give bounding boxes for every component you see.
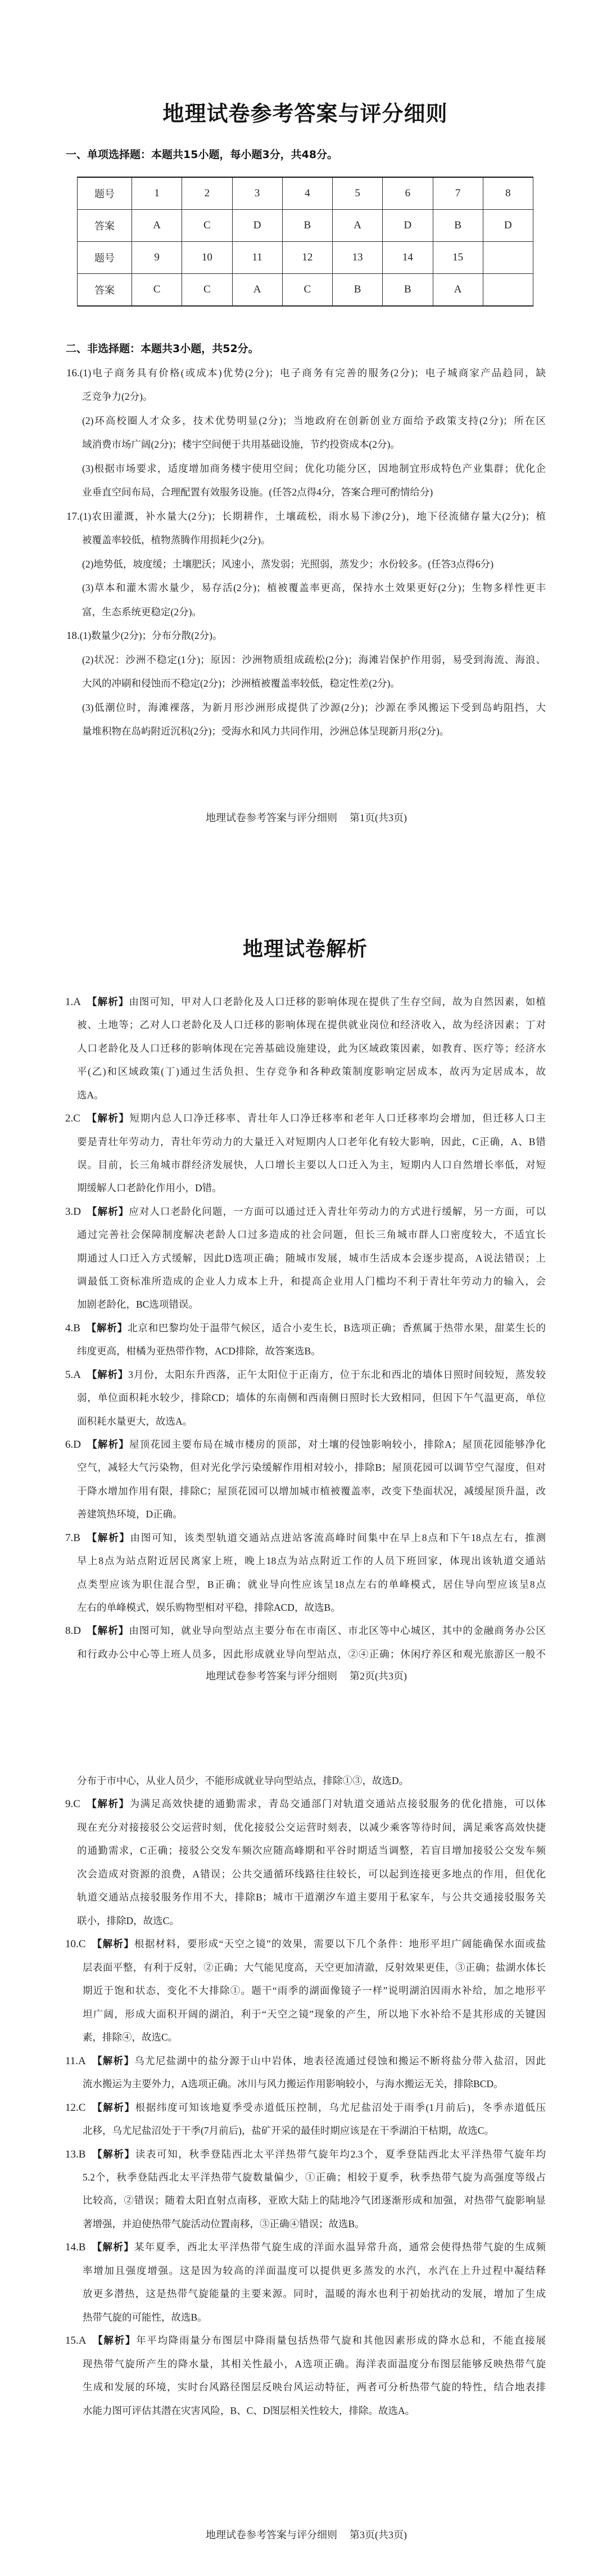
analysis-line: 1.A【解析】由图可知，甲对人口老龄化及人口迁移的影响体现在提供了生存空间，故为… [65,990,546,1014]
analysis-tag: 【解析】 [91,2149,135,2160]
analysis-tag: 【解析】 [91,1938,134,1949]
analysis-line: 加剧老龄化，BC选项错误。 [77,1293,546,1316]
analysis-tag: 【解析】 [86,1798,130,1809]
question-number-cell: 7 [433,177,483,210]
answer-text: 根据市场要求，适度增加商务楼宇使用空间；优化功能分区，因地制宜形成特色产业集群；… [93,463,546,474]
question-answer-label: 14.B [65,2241,85,2253]
analysis-list: 分布于市中心，从业人员少，不能形成就业导向型站点，排除①③，故选D。 9.C【解… [0,1769,607,2422]
answer-cell: B [282,210,332,242]
analysis-item-4: 4.B【解析】北京和巴黎均处于温带气候区，适合小麦生长，B选项正确；香蕉属于热带… [0,1317,607,1363]
analysis-line: 热带气旋的可能性，故选B。 [83,2306,546,2329]
analysis-line: 期近于饱和状态，变化不大排除①。题干“雨季的湖面像镜子一样”说明湖泊因雨水补给，… [83,1979,546,2002]
part-label: (2) [82,559,93,570]
answer-text: 电子商务具有价格(或成本)优势(2分)；电子商务有完善的服务(2分)；电子城商家… [91,367,546,379]
analysis-line: 善建筑热环境，D正确。 [77,1503,546,1526]
question-number: 17. [66,511,80,523]
part-label: (1) [80,367,91,379]
analysis-line: 10.C【解析】根据材料，要形成“天空之镜”的效果，需要以下几个条件：地形平坦广… [65,1933,546,1956]
question-answer-label: 12.C [65,2102,85,2114]
question-answer-label: 9.C [65,1798,80,1810]
answer-cell: B [383,274,433,307]
table-row-numbers: 题号 9 10 11 12 13 14 15 [78,242,533,274]
analysis-line: 左右的单峰模式，娱乐购物型相对平稳，排除ACD，故选B。 [77,1596,546,1619]
empty-cell [483,274,533,307]
analysis-line: 5.2个，秋季登陆西北太平洋热带气旋数量偏少，①正确；相较于夏季，秋季热带气旋为… [83,2166,546,2189]
answer-text: 状况：沙洲不稳定(1分)；原因：沙洲物质组成疏松(2分)；海滩岩保护作用弱，易受… [93,654,546,665]
multiple-choice-heading: 一、单项选择题：本题共15小题，每小题3分，共48分。 [66,147,338,163]
analysis-line: 3.D【解析】应对人口老龄化问题，一方面可以通过迁入青壮年劳动力的方式进行缓解，… [65,1200,546,1223]
answer-text: 环高校圈人才众多，技术优势明显(2分)；当地政府在创新创业方面给予政策支持(2分… [93,415,546,426]
answer-line: 富，生态系统更稳定(2分)。 [82,600,546,624]
analysis-tag: 【解析】 [87,1369,128,1380]
footer-doc-name: 地理试卷参考答案与评分细则 [206,2529,337,2541]
analysis-line: 平(乙)和区域政策(丁)通过生活负担、生存竞争和各种政策制度影响定居成本，故丙为… [77,1060,546,1083]
analysis-line: 7.B【解析】由图可知，该类型轨道交通站点进站客流高峰时间集中在早上8点和下午1… [65,1526,546,1550]
question-answer-label: 15.A [65,2335,86,2347]
answer-line: 大风的冲刷和侵蚀而不稳定(2分)；沙洲植被覆盖率较低，稳定性差(2分)。 [82,672,546,696]
answer-line: (2)环高校圈人才众多，技术优势明显(2分)；当地政府在创新创业方面给予政策支持… [82,409,546,433]
analysis-tag: 【解析】 [87,1625,129,1636]
analysis-line: 生成和发展的环境，实时台风路径图层反映台风运动特征，两者可分析热带气旋的特性，结… [83,2376,546,2399]
analysis-text: 根据材料，要形成“天空之镜”的效果，需要以下几个条件：地形平坦广阔能确保水面或盐 [134,1938,546,1949]
answer-cell: A [333,210,383,242]
analysis-item-13: 13.B【解析】读表可知，秋季登陆西北太平洋热带气旋年均2.3个，夏季登陆西北太… [0,2143,607,2236]
analysis-line: 调最低工资标准所造成的企业人力成本上升，和提高企业用人门槛均不利于青壮年劳动力的… [77,1270,546,1293]
analysis-text: 北京和巴黎均处于温带气候区，适合小麦生长，B选项正确；香蕉属于热带水果，甜菜生长… [128,1322,546,1334]
free-response-item-17: 17.(1)农田灌溉，补水量大(2分)；长期耕作，土壤疏松，雨水易下渗(2分)，… [0,505,607,624]
question-number-cell: 10 [182,242,232,274]
table-row-answers: 答案 A C D B A D B D [78,210,533,242]
question-answer-label: 7.B [65,1532,80,1544]
analysis-line: 水能力图可评估其潜在灾害风险，B、C、D图层相关性较大，排除。故选A。 [83,2399,546,2422]
analysis-line: 8.D【解析】由图可知，就业导向型站点主要分布在市南区、市北区等中心城区，其中的… [65,1619,546,1642]
analysis-line: 轨道交通站点接驳服务作用不大，排除B；城市干道潮汐车道主要用于私家车，与公共交通… [77,1886,546,1909]
part-label: (1) [80,511,91,522]
answer-cell: D [483,210,533,242]
question-number-cell: 15 [433,242,483,274]
page-2-analysis: 地理试卷解析 1.A【解析】由图可知，甲对人口老龄化及人口迁移的影响体现在提供了… [0,859,607,1717]
footer-doc-name: 地理试卷参考答案与评分细则 [206,1670,337,1682]
answer-text: 地势低，坡度缓；土壤肥沃；风速小，蒸发弱；光照弱，蒸发少；水份较多。(任答3点得… [93,559,493,570]
answer-cell: C [282,274,332,307]
analysis-tag: 【解析】 [86,1113,130,1124]
analysis-item-15: 15.A【解析】年平均降雨量分布图层中降雨量包括热带气旋和其他因素形成的降水总和… [0,2329,607,2422]
analysis-line: 现在充分对接接驳公交运营时刻，优化接驳公交运营时刻表，以减少乘客等待时间，满足乘… [77,1816,546,1839]
analysis-line: 早上8点为站点附近居民离家上班，晚上18点为站点附近工作的人员下班回家，体现出该… [77,1550,546,1573]
analysis-item-7: 7.B【解析】由图可知，该类型轨道交通站点进站客流高峰时间集中在早上8点和下午1… [0,1526,607,1620]
page-1-answer-key: 地理试卷参考答案与评分细则 一、单项选择题：本题共15小题，每小题3分，共48分… [0,0,607,859]
analysis-item-3: 3.D【解析】应对人口老龄化问题，一方面可以通过迁入青壮年劳动力的方式进行缓解，… [0,1200,607,1317]
analysis-item-5: 5.A【解析】3月份，太阳东升西落，正午太阳位于正南方，位于东北和西北的墙体日照… [0,1363,607,1433]
analysis-line: 13.B【解析】读表可知，秋季登陆西北太平洋热带气旋年均2.3个，夏季登陆西北太… [65,2143,546,2166]
document: 地理试卷参考答案与评分细则 一、单项选择题：本题共15小题，每小题3分，共48分… [0,0,607,2576]
part-label: (3) [82,702,93,713]
analysis-line: 面积耗水量更大，故选A。 [77,1410,546,1433]
analysis-line: 点类型应该为职住混合型，B正确；就业导向性应该呈18点左右的单峰模式，居住导向型… [77,1573,546,1596]
analysis-line: 于降水增加作用有限，排除C；屋顶花园可以增加城市植被覆盖率，改变下垫面状况，减缓… [77,1480,546,1503]
free-response-heading: 二、非选择题：本题共3小题，共52分。 [66,337,546,361]
page-footer: 地理试卷参考答案与评分细则第3页(共3页) [0,2528,607,2542]
analysis-line: 分布于市中心，从业人员少，不能形成就业导向型站点，排除①③，故选D。 [77,1769,546,1793]
page-footer: 地理试卷参考答案与评分细则第1页(共3页) [0,811,607,825]
analysis-line: 率增加且强度增强。这是因为较高的洋面温度可以提供更多蒸发的水汽，水汽在上升过程中… [83,2259,546,2282]
analysis-line: 5.A【解析】3月份，太阳东升西落，正午太阳位于正南方，位于东北和西北的墙体日照… [65,1363,546,1386]
question-number-cell: 2 [182,177,232,210]
analysis-line: 纬度更高，柑橘为亚热带作物，ACD排除，故答案选B。 [77,1340,546,1363]
answer-cell: C [132,274,182,307]
row-header-number: 题号 [78,242,132,274]
analysis-text: 某年夏季，西北太平洋热带气旋生成的洋面水温异常升高，通常会使得热带气旋的生成频 [134,2241,546,2253]
answer-line: (3)根据市场要求，适度增加商务楼宇使用空间；优化功能分区，因地制宜形成特色产业… [82,457,546,481]
answer-cell: C [182,274,232,307]
question-number-cell: 8 [483,177,533,210]
analysis-line: 现热带气旋所产生的降水量，其相关性最小，A选项正确。海洋表面温度分布图层能够反映… [83,2353,546,2376]
answer-line: 业垂直空间布局，合理配置有效服务设施。(任答2点得4分，答案合理可酌情给分) [82,480,546,505]
answer-line: 量堆积物在岛屿附近沉积(2分)；受海水和风力共同作用，沙洲总体呈现新月形(2分)… [82,719,546,744]
analysis-line: 流水搬运为主要外力，A选项正确。冰川与风力搬运作用影响较小，与海水搬运无关，排除… [83,2073,546,2096]
part-label: (2) [82,654,93,665]
question-number: 16. [66,367,80,379]
analysis-item-10: 10.C【解析】根据材料，要形成“天空之镜”的效果，需要以下几个条件：地形平坦广… [0,1933,607,2049]
question-number-cell: 5 [333,177,383,210]
table-row-answers: 答案 C C A C B B A [78,274,533,307]
answer-cell: B [333,274,383,307]
analysis-line: 素，排除④，故选C。 [83,2026,546,2049]
answer-line: 乏竞争力(2分)。 [82,385,546,409]
answer-line: (2)地势低，坡度缓；土壤肥沃；风速小，蒸发弱；光照弱，蒸发少；水份较多。(任答… [82,552,546,577]
analysis-item-14: 14.B【解析】某年夏季，西北太平洋热带气旋生成的洋面水温异常升高，通常会使得热… [0,2236,607,2329]
question-answer-label: 5.A [65,1369,81,1381]
analysis-line: 著增强，并迫使热带气旋活动位置南移，③正确④错误；故选B。 [83,2213,546,2236]
answer-cell: B [433,210,483,242]
analysis-line: 4.B【解析】北京和巴黎均处于温带气候区，适合小麦生长，B选项正确；香蕉属于热带… [65,1317,546,1340]
analysis-line: 和行政办公中心等上班人员多，因此形成就业导向型站点，②④正确；休闲疗养区和观光旅… [77,1643,546,1666]
analysis-line: 14.B【解析】某年夏季，西北太平洋热带气旋生成的洋面水温异常升高，通常会使得热… [65,2236,546,2259]
analysis-line: 选A。 [77,1084,546,1107]
answer-table: 题号 1 2 3 4 5 6 7 8 答案 A C D B A D B D [77,177,533,307]
answer-line: (3)草本和灌木需水量少，易存活(2分)；植被覆盖率更高，保持水土效果更好(2分… [82,576,546,600]
analysis-line: 弱，单位面积耗水较少，排除CD；墙体的东南侧和西南侧日照时长大致相同，但因下午气… [77,1386,546,1409]
answer-cell: A [232,274,282,307]
analysis-line: 层表面平整，有利于反射，②正确；大气能见度高，天空更加清澈，反射效果更佳，③正确… [83,1956,546,1979]
analysis-line: 6.D【解析】屋顶花园主要布局在城市楼房的顶部，对土壤的侵蚀影响较小，排除A；屋… [65,1433,546,1456]
analysis-item-8: 8.D【解析】由图可知，就业导向型站点主要分布在市南区、市北区等中心城区，其中的… [0,1619,607,1666]
analysis-tag: 【解析】 [87,996,129,1007]
analysis-tag: 【解析】 [87,1206,129,1217]
row-header-number: 题号 [78,177,132,210]
analysis-line: 期缓解人口老龄化作用小，D错。 [77,1177,546,1200]
analysis-line: 通过完善社会保障制度解决老龄人口过多造成的社会问题，但长三角城市群人口密度较大，… [77,1223,546,1246]
question-number-cell: 14 [383,242,433,274]
analysis-item-8-continued: 分布于市中心，从业人员少，不能形成就业导向型站点，排除①③，故选D。 [0,1769,607,1793]
answer-text: 低潮位时，海滩裸落，为新月形沙洲形成提供了沙源(2分)；沙源在季风搬运下受到岛屿… [93,702,546,713]
analysis-line: 被、土地等；乙对人口老龄化及人口迁移的影响体现在提供就业岗位和经济收入，故为经济… [77,1014,546,1037]
page-3-analysis: 分布于市中心，从业人员少，不能形成就业导向型站点，排除①③，故选D。 9.C【解… [0,1717,607,2576]
page-footer: 地理试卷参考答案与评分细则第2页(共3页) [0,1669,607,1683]
question-number-cell: 3 [232,177,282,210]
free-response-section: 二、非选择题：本题共3小题，共52分。 16.(1)电子商务具有价格(或成本)优… [0,337,607,744]
answer-cell: A [132,210,182,242]
question-answer-label: 8.D [65,1625,81,1637]
answer-text: 农田灌溉，补水量大(2分)；长期耕作，土壤疏松，雨水易下渗(2分)，地下径流储存… [91,511,546,522]
answer-cell: A [433,274,483,307]
analysis-item-1: 1.A【解析】由图可知，甲对人口老龄化及人口迁移的影响体现在提供了生存空间，故为… [0,990,607,1107]
footer-doc-name: 地理试卷参考答案与评分细则 [206,812,337,823]
analysis-item-12: 12.C【解析】根据纬度可知该地夏季受赤道低压控制，乌尤尼盐沼处于雨季(1月前后… [0,2096,607,2143]
analysis-text: 应对人口老龄化问题，一方面可以通过迁入青壮年劳动力的方式进行缓解，另一方面，可以 [129,1206,546,1217]
analysis-list: 1.A【解析】由图可知，甲对人口老龄化及人口迁移的影响体现在提供了生存空间，故为… [0,990,607,1666]
analysis-tag: 【解析】 [92,2335,136,2346]
analysis-text: 根据纬度可知该地夏季受赤道低压控制，乌尤尼盐沼处于雨季(1月前后)，冬季赤道低压 [135,2102,546,2113]
answer-line: 16.(1)电子商务具有价格(或成本)优势(2分)；电子商务有完善的服务(2分)… [66,361,546,385]
empty-cell [483,242,533,274]
answer-line: 18.(1)数量少(2分)；分布分散(2分)。 [66,624,546,648]
analysis-text: 短期内总人口净迁移率、青壮年人口净迁移率和老年人口迁移率均会增加，但迁移人口主 [130,1113,546,1124]
question-answer-label: 2.C [65,1113,80,1124]
analysis-line: 联小，排除D，故选C。 [77,1910,546,1933]
analysis-text: 3月份，太阳东升西落，正午太阳位于正南方，位于东北和西北的墙体日照时间较短，蒸发… [128,1369,546,1380]
answer-text: 数量少(2分)；分布分散(2分)。 [91,630,222,641]
analysis-line: 期通过人口迁入方式缓解，因此D选项正确；随城市发展，城市生活成本会逐步提高，A说… [77,1247,546,1270]
row-header-answer: 答案 [78,274,132,307]
question-number-cell: 12 [282,242,332,274]
question-number-cell: 9 [132,242,182,274]
question-number-cell: 4 [282,177,332,210]
analysis-text: 由图可知，就业导向型站点主要分布在市南区、市北区等中心城区，其中的金融商务办公区 [129,1625,546,1636]
footer-page-number: 第2页(共3页) [350,1670,407,1682]
analysis-text: 年平均降雨量分布图层中降雨量包括热带气旋和其他因素形成的降水总和，不能直接展 [136,2335,546,2346]
analysis-line: 要是青壮年劳动力，青壮年劳动力的大量迁入对短期内人口老年化有较大影响，因此，C正… [77,1131,546,1154]
analysis-line: 次会造成对资源的浪费，A错误；公共交通循环线路往往较长，可以起到连接更多地点的作… [77,1863,546,1886]
analysis-text: 屋顶花园主要布局在城市楼房的顶部，对土壤的侵蚀影响较小，排除A；屋顶花园能够净化 [129,1439,546,1450]
question-number-cell: 6 [383,177,433,210]
analysis-line: 北移，乌尤尼盐沼处于干季(7月前后)，盐矿开采的最佳时期应该是在干季湖泊干枯期，… [83,2119,546,2142]
answer-line: (2)状况：沙洲不稳定(1分)；原因：沙洲物质组成疏松(2分)；海滩岩保护作用弱… [82,648,546,672]
question-number: 18. [66,630,80,642]
analysis-line: 放更多潜热，这是热带气旋能量的主要来源。同时，温暖的海水也利于初始扰动的发展，增… [83,2282,546,2305]
analysis-text: 由图可知，该类型轨道交通站点进站客流高峰时间集中在早上8点和下午18点左右，推测 [130,1532,546,1543]
analysis-text: 由图可知，甲对人口老龄化及人口迁移的影响体现在提供了生存空间，故为自然因素，如植 [129,996,546,1007]
analysis-line: 12.C【解析】根据纬度可知该地夏季受赤道低压控制，乌尤尼盐沼处于雨季(1月前后… [65,2096,546,2119]
analysis-text: 读表可知，秋季登陆西北太平洋热带气旋年均2.3个，夏季登陆西北太平洋热带气旋年均 [135,2149,546,2160]
analysis-text: 乌尤尼盐湖中的盐分源于山中岩体，地表径流通过侵蚀和搬运不断将盐分带入盐沼，因此 [134,2055,546,2066]
answer-text: 草本和灌木需水量少，易存活(2分)；植被覆盖率更高，保持水土效果更好(2分)；生… [93,582,546,593]
answer-line: 17.(1)农田灌溉，补水量大(2分)；长期耕作，土壤疏松，雨水易下渗(2分)，… [66,505,546,529]
question-answer-label: 1.A [65,996,81,1008]
part-label: (3) [82,463,93,474]
analysis-item-6: 6.D【解析】屋顶花园主要布局在城市楼房的顶部，对土壤的侵蚀影响较小，排除A；屋… [0,1433,607,1526]
analysis-title: 地理试卷解析 [2,936,607,963]
analysis-tag: 【解析】 [91,2241,134,2253]
question-answer-label: 3.D [65,1206,81,1218]
footer-page-number: 第3页(共3页) [350,2529,407,2541]
analysis-line: 9.C【解析】为满足高效快捷的通勤需求，青岛交通部门对轨道交通站点接驳服务的优化… [65,1793,546,1816]
row-header-answer: 答案 [78,210,132,242]
answer-line: (3)低潮位时，海滩裸落，为新月形沙洲形成提供了沙源(2分)；沙源在季风搬运下受… [82,696,546,720]
free-response-item-18: 18.(1)数量少(2分)；分布分散(2分)。 (2)状况：沙洲不稳定(1分)；… [0,624,607,744]
analysis-line: 11.A【解析】乌尤尼盐湖中的盐分源于山中岩体，地表径流通过侵蚀和搬运不断将盐分… [65,2050,546,2073]
analysis-tag: 【解析】 [91,2102,135,2113]
question-number-cell: 13 [333,242,383,274]
page-title: 地理试卷参考答案与评分细则 [2,100,607,127]
analysis-line: 坦广阔，形成大面积开阔的湖泊，利于“天空之镜”现象的产生，所以地下水补给不是其形… [83,2003,546,2026]
analysis-tag: 【解析】 [87,1439,129,1450]
answer-cell: D [383,210,433,242]
analysis-line: 比较高，②错误；随着太阳直射点南移，亚欧大陆上的陆地冷气团逐渐形成和加强，对热带… [83,2189,546,2212]
answer-line: 被覆盖率较低，植物蒸腾作用损耗少(2分)。 [82,528,546,552]
analysis-tag: 【解析】 [86,1322,128,1334]
analysis-text: 为满足高效快捷的通勤需求，青岛交通部门对轨道交通站点接驳服务的优化措施，可以体 [130,1798,546,1809]
analysis-line: 人口老龄化及人口迁移的影响体现在完善基础设施建设，此为区域政策因素，如教育、医疗… [77,1037,546,1060]
part-label: (2) [82,415,93,426]
analysis-item-9: 9.C【解析】为满足高效快捷的通勤需求，青岛交通部门对轨道交通站点接驳服务的优化… [0,1793,607,1933]
answer-cell: D [232,210,282,242]
analysis-tag: 【解析】 [86,1532,130,1543]
analysis-line: 15.A【解析】年平均降雨量分布图层中降雨量包括热带气旋和其他因素形成的降水总和… [65,2329,546,2352]
analysis-line: 的通勤需求，C正确；接驳公交发车频次应随高峰期和平谷时期适当调整，若盲目增加接驳… [77,1839,546,1862]
answer-line: 域消费市场广阔(2分)；楼宇空间便于共用基础设施，节约投资成本(2分)。 [82,433,546,457]
part-label: (1) [80,630,91,641]
footer-page-number: 第1页(共3页) [350,812,407,823]
question-answer-label: 11.A [65,2055,86,2067]
analysis-line: 2.C【解析】短期内总人口净迁移率、青壮年人口净迁移率和老年人口迁移率均会增加，… [65,1107,546,1130]
table-row-numbers: 题号 1 2 3 4 5 6 7 8 [78,177,533,210]
free-response-item-16: 16.(1)电子商务具有价格(或成本)优势(2分)；电子商务有完善的服务(2分)… [0,361,607,505]
analysis-line: 误。目前，长三角城市群经济发展快，人口增长主要以人口迁入为主，短期内人口自然增长… [77,1154,546,1177]
analysis-line: 空气，减轻大气污染物，但对光化学污染缓解作用相对较小，排除B；屋顶花园可以调节空… [77,1456,546,1479]
analysis-tag: 【解析】 [92,2055,134,2066]
answer-cell: C [182,210,232,242]
question-answer-label: 4.B [65,1322,80,1334]
part-label: (3) [82,582,93,593]
question-answer-label: 6.D [65,1439,81,1451]
question-answer-label: 10.C [65,1938,85,1950]
analysis-item-11: 11.A【解析】乌尤尼盐湖中的盐分源于山中岩体，地表径流通过侵蚀和搬运不断将盐分… [0,2050,607,2096]
question-number-cell: 1 [132,177,182,210]
question-answer-label: 13.B [65,2149,85,2160]
analysis-item-2: 2.C【解析】短期内总人口净迁移率、青壮年人口净迁移率和老年人口迁移率均会增加，… [0,1107,607,1200]
question-number-cell: 11 [232,242,282,274]
